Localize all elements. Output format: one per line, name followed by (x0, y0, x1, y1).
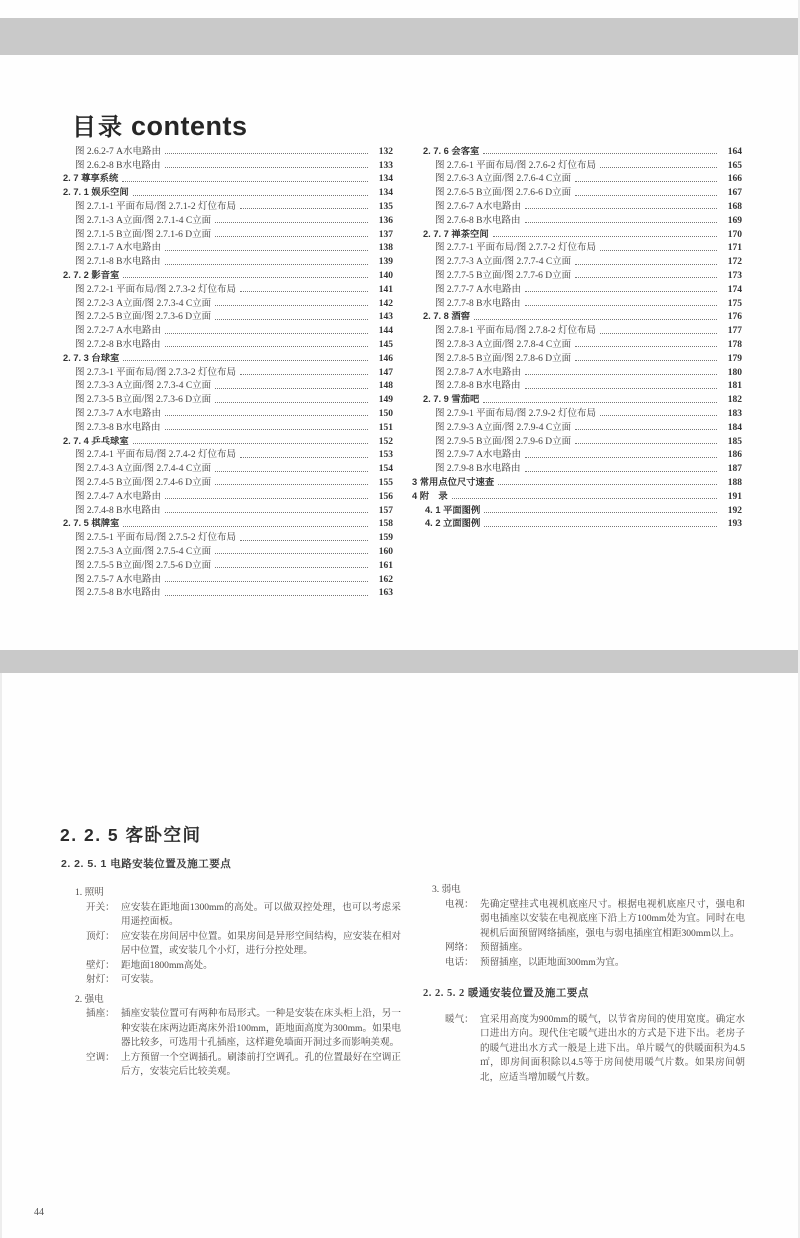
toc-leader-dots (452, 498, 717, 499)
toc-entry-label: 图 2.7.6-7 A水电路由 (435, 198, 521, 212)
article-item-label: 壁灯： (86, 959, 121, 974)
toc-entry: 图 2.7.3-1 平面布局/图 2.7.3-2 灯位布局147 (75, 364, 393, 378)
toc-entry-label: 图 2.7.1-7 A水电路由 (75, 239, 161, 253)
toc-entry-page: 192 (720, 506, 742, 516)
page-number: 44 (34, 1207, 44, 1218)
toc-entry-page: 142 (371, 299, 393, 309)
toc-leader-dots (165, 250, 368, 251)
toc-entry-page: 158 (371, 519, 393, 529)
toc-entry-label: 图 2.7.2-8 B水电路由 (75, 336, 161, 350)
toc-entry: 2. 7. 2 影音室140 (63, 267, 393, 281)
toc-entry-label: 图 2.7.3-3 A立面/图 2.7.3-4 C立面 (75, 377, 211, 391)
toc-leader-dots (525, 457, 717, 458)
toc-entry-label: 图 2.7.5-8 B水电路由 (75, 584, 161, 598)
article-item-label: 开关： (86, 901, 121, 930)
toc-entry: 图 2.7.4-3 A立面/图 2.7.4-4 C立面154 (75, 460, 393, 474)
toc-entry: 图 2.7.9-1 平面布局/图 2.7.9-2 灯位布局183 (435, 405, 742, 419)
toc-entry-page: 167 (720, 188, 742, 198)
toc-entry: 2. 7. 4 乒乓球室152 (63, 433, 393, 447)
toc-entry: 图 2.7.8-5 B立面/图 2.7.8-6 D立面179 (435, 350, 742, 364)
article-item: 顶灯：应安装在房间居中位置。如果房间是异形空间结构，应安装在相对居中位置，或安装… (86, 930, 401, 959)
toc-leader-dots (575, 181, 717, 182)
toc-entry-label: 图 2.7.2-5 B立面/图 2.7.3-6 D立面 (75, 308, 211, 322)
scanned-book-spread: 目录contents 图 2.6.2-7 A水电路由132图 2.6.2-8 B… (0, 0, 800, 1238)
article-column-right: 3. 弱电电视：先确定壁挂式电视机底座尺寸。根据电视机底座尺寸，强电和弱电插座以… (423, 883, 745, 1085)
article-item-text: 插座安装位置可有两种布局形式。一种是安装在床头柜上沿，另一种安装在床两边距离床外… (121, 1007, 401, 1051)
toc-entry: 图 2.7.2-3 A立面/图 2.7.3-4 C立面142 (75, 295, 393, 309)
toc-entry-page: 176 (720, 312, 742, 322)
toc-entry: 图 2.6.2-7 A水电路由132 (75, 143, 393, 157)
toc-entry-label: 2. 7. 4 乒乓球室 (63, 433, 129, 447)
toc-entry-label: 2. 7. 7 禅茶空间 (423, 226, 489, 240)
article-item-label: 电视： (445, 898, 480, 942)
article-group-title: 1. 照明 (75, 886, 401, 901)
toc-entry-page: 171 (720, 243, 742, 253)
toc-entry-page: 162 (371, 575, 393, 585)
toc-entry: 图 2.7.1-3 A立面/图 2.7.1-4 C立面136 (75, 212, 393, 226)
article-item: 壁灯：距地面1800mm高处。 (86, 959, 401, 974)
toc-entry: 图 2.7.5-1 平面布局/图 2.7.5-2 灯位布局159 (75, 529, 393, 543)
toc-entry-label: 图 2.7.6-5 B立面/图 2.7.6-6 D立面 (435, 184, 571, 198)
toc-entry-page: 187 (720, 464, 742, 474)
toc-leader-dots (165, 498, 368, 499)
toc-leader-dots (215, 402, 368, 403)
toc-entry: 图 2.7.6-8 B水电路由169 (435, 212, 742, 226)
toc-leader-dots (575, 277, 717, 278)
toc-entry-label: 图 2.7.3-7 A水电路由 (75, 405, 161, 419)
toc-leader-dots (525, 305, 717, 306)
toc-entry-page: 135 (371, 202, 393, 212)
toc-entry: 图 2.7.7-8 B水电路由175 (435, 295, 742, 309)
toc-entry-page: 193 (720, 519, 742, 529)
toc-title-zh: 目录 (72, 114, 124, 141)
article-group-title: 2. 强电 (75, 993, 401, 1008)
toc-entry-label: 图 2.7.9-3 A立面/图 2.7.9-4 C立面 (435, 419, 571, 433)
toc-leader-dots (133, 195, 368, 196)
toc-entry-page: 165 (720, 161, 742, 171)
toc-leader-dots (575, 360, 717, 361)
toc-entry: 图 2.7.2-5 B立面/图 2.7.3-6 D立面143 (75, 309, 393, 323)
toc-entry: 图 2.7.8-1 平面布局/图 2.7.8-2 灯位布局177 (435, 322, 742, 336)
toc-entry-label: 2. 7 尊享系统 (63, 170, 118, 184)
toc-entry-page: 185 (720, 437, 742, 447)
toc-leader-dots (215, 236, 368, 237)
article-item: 开关：应安装在距地面1300mm的高处。可以做双控处理，也可以考虑采用遥控面板。 (86, 901, 401, 930)
toc-entry: 图 2.7.7-3 A立面/图 2.7.7-4 C立面172 (435, 253, 742, 267)
toc-entry-label: 图 2.7.8-8 B水电路由 (435, 377, 521, 391)
toc-entry-page: 183 (720, 409, 742, 419)
toc-entry-page: 137 (371, 230, 393, 240)
toc-entry: 图 2.7.5-7 A水电路由162 (75, 571, 393, 585)
article-item-label: 电话： (445, 956, 480, 971)
toc-entry-page: 133 (371, 161, 393, 171)
toc-leader-dots (600, 250, 717, 251)
article-item-text: 上方预留一个空调插孔。刷漆前打空调孔。孔的位置最好在空调正后方，安装完后比较美观… (121, 1051, 401, 1080)
toc-entry-page: 140 (371, 271, 393, 281)
toc-entry-label: 图 2.7.2-3 A立面/图 2.7.3-4 C立面 (75, 295, 211, 309)
toc-entry-label: 图 2.7.1-1 平面布局/图 2.7.1-2 灯位布局 (75, 198, 236, 212)
toc-entry-page: 173 (720, 271, 742, 281)
toc-leader-dots (483, 153, 717, 154)
toc-entry: 图 2.7.6-1 平面布局/图 2.7.6-2 灯位布局165 (435, 157, 742, 171)
toc-entry-page: 172 (720, 257, 742, 267)
toc-entry-label: 图 2.7.2-7 A水电路由 (75, 322, 161, 336)
toc-entry: 2. 7 尊享系统134 (63, 171, 393, 185)
toc-entry: 图 2.7.8-7 A水电路由180 (435, 364, 742, 378)
article-right-groups: 3. 弱电电视：先确定壁挂式电视机底座尺寸。根据电视机底座尺寸，强电和弱电插座以… (423, 883, 745, 970)
toc-entry-page: 134 (371, 174, 393, 184)
toc-entry-page: 170 (720, 230, 742, 240)
article-column-left: 1. 照明开关：应安装在距地面1300mm的高处。可以做双控处理，也可以考虑采用… (75, 886, 401, 1080)
toc-entry-label: 图 2.7.3-8 B水电路由 (75, 419, 161, 433)
toc-leader-dots (525, 208, 717, 209)
toc-entry: 图 2.7.7-5 B立面/图 2.7.7-6 D立面173 (435, 267, 742, 281)
toc-column-left: 图 2.6.2-7 A水电路由132图 2.6.2-8 B水电路由1332. 7… (52, 143, 393, 598)
toc-entry-label: 2. 7. 9 雪茄吧 (423, 391, 479, 405)
toc-entry-label: 2. 7. 1 娱乐空间 (63, 184, 129, 198)
article-item-label: 射灯： (86, 973, 121, 988)
toc-leader-dots (600, 333, 717, 334)
toc-leader-dots (525, 471, 717, 472)
toc-entry-label: 图 2.7.1-8 B水电路由 (75, 253, 161, 267)
toc-leader-dots (575, 264, 717, 265)
toc-entry-page: 175 (720, 299, 742, 309)
toc-entry-page: 155 (371, 478, 393, 488)
toc-entry: 2. 7. 5 棋牌室158 (63, 516, 393, 530)
toc-entry-page: 134 (371, 188, 393, 198)
toc-entry-page: 169 (720, 216, 742, 226)
toc-entry-page: 181 (720, 381, 742, 391)
toc-entry-page: 151 (371, 423, 393, 433)
toc-entry: 图 2.7.9-7 A水电路由186 (435, 447, 742, 461)
toc-entry: 2. 7. 9 雪茄吧182 (423, 391, 742, 405)
toc-leader-dots (600, 415, 717, 416)
toc-entry-page: 148 (371, 381, 393, 391)
toc-entry-page: 156 (371, 492, 393, 502)
toc-entry: 图 2.7.9-5 B立面/图 2.7.9-6 D立面185 (435, 433, 742, 447)
toc-entry-page: 166 (720, 174, 742, 184)
toc-leader-dots (525, 374, 717, 375)
toc-entry-page: 191 (720, 492, 742, 502)
toc-leader-dots (215, 305, 368, 306)
toc-entry: 2. 7. 7 禅茶空间170 (423, 226, 742, 240)
toc-leader-dots (165, 595, 368, 596)
toc-entry-label: 图 2.7.8-1 平面布局/图 2.7.8-2 灯位布局 (435, 322, 596, 336)
toc-entry: 图 2.7.6-5 B立面/图 2.7.6-6 D立面167 (435, 184, 742, 198)
article-group: 暖气：宜采用高度为900mm的暖气，以节省房间的使用宽度。确定水口进出方向。现代… (423, 1013, 745, 1086)
toc-leader-dots (474, 319, 717, 320)
toc-entry: 图 2.7.9-3 A立面/图 2.7.9-4 C立面184 (435, 419, 742, 433)
toc-leader-dots (240, 457, 368, 458)
toc-entry: 2. 7. 3 台球室146 (63, 350, 393, 364)
toc-entry-page: 141 (371, 285, 393, 295)
toc-entry-label: 图 2.7.8-7 A水电路由 (435, 364, 521, 378)
toc-entry-label: 图 2.7.1-3 A立面/图 2.7.1-4 C立面 (75, 212, 211, 226)
toc-entry-page: 174 (720, 285, 742, 295)
toc-entry-label: 图 2.6.2-8 B水电路由 (75, 157, 161, 171)
toc-entry: 图 2.7.1-8 B水电路由139 (75, 253, 393, 267)
toc-entry-page: 152 (371, 437, 393, 447)
toc-entry: 图 2.7.5-5 B立面/图 2.7.5-6 D立面161 (75, 557, 393, 571)
toc-entry-label: 2. 7. 8 酒窖 (423, 308, 470, 322)
toc-entry-label: 3 常用点位尺寸速查 (412, 474, 494, 488)
toc-entry-page: 177 (720, 326, 742, 336)
toc-entry-page: 146 (371, 354, 393, 364)
toc-entry-label: 图 2.7.7-1 平面布局/图 2.7.7-2 灯位布局 (435, 239, 596, 253)
article-item-label: 空调： (86, 1051, 121, 1080)
article-item-text: 预留插座。 (480, 941, 745, 956)
top-separator-band (0, 18, 800, 55)
toc-entry-label: 图 2.7.7-8 B水电路由 (435, 295, 521, 309)
toc-entry-label: 图 2.7.6-3 A立面/图 2.7.6-4 C立面 (435, 170, 571, 184)
toc-leader-dots (240, 374, 368, 375)
toc-entry: 图 2.7.1-1 平面布局/图 2.7.1-2 灯位布局135 (75, 198, 393, 212)
toc-entry: 图 2.6.2-8 B水电路由133 (75, 157, 393, 171)
toc-entry-label: 4. 2 立面图例 (425, 515, 480, 529)
toc-entry: 2. 7. 6 会客室164 (423, 143, 742, 157)
toc-leader-dots (240, 540, 368, 541)
toc-entry-page: 150 (371, 409, 393, 419)
toc-entry-page: 184 (720, 423, 742, 433)
article-item: 电话：预留插座，以距地面300mm为宜。 (445, 956, 745, 971)
toc-entry: 图 2.7.2-8 B水电路由145 (75, 336, 393, 350)
toc-entry: 图 2.7.4-8 B水电路由157 (75, 502, 393, 516)
toc-entry-label: 图 2.7.4-8 B水电路由 (75, 502, 161, 516)
toc-leader-dots (215, 319, 368, 320)
article-item-text: 先确定壁挂式电视机底座尺寸。根据电视机底座尺寸，强电和弱电插座以安装在电视底座下… (480, 898, 745, 942)
toc-entry-page: 178 (720, 340, 742, 350)
toc-entry-label: 图 2.7.7-5 B立面/图 2.7.7-6 D立面 (435, 267, 571, 281)
toc-entry: 图 2.7.5-8 B水电路由163 (75, 585, 393, 599)
toc-leader-dots (215, 222, 368, 223)
toc-entry-label: 2. 7. 2 影音室 (63, 267, 119, 281)
toc-title-en: contents (131, 111, 248, 141)
toc-entry: 图 2.7.3-8 B水电路由151 (75, 419, 393, 433)
toc-entry-label: 图 2.7.2-1 平面布局/图 2.7.3-2 灯位布局 (75, 281, 236, 295)
toc-leader-dots (215, 567, 368, 568)
toc-entry-label: 图 2.6.2-7 A水电路由 (75, 143, 161, 157)
toc-leader-dots (165, 333, 368, 334)
toc-entry-label: 图 2.7.9-5 B立面/图 2.7.9-6 D立面 (435, 433, 571, 447)
toc-column-right: 2. 7. 6 会客室164图 2.7.6-1 平面布局/图 2.7.6-2 灯… (412, 143, 742, 529)
toc-leader-dots (525, 388, 717, 389)
toc-leader-dots (484, 512, 717, 513)
toc-entry: 图 2.7.3-5 B立面/图 2.7.3-6 D立面149 (75, 391, 393, 405)
toc-entry-label: 图 2.7.4-3 A立面/图 2.7.4-4 C立面 (75, 460, 211, 474)
toc-leader-dots (600, 167, 717, 168)
article-item: 空调：上方预留一个空调插孔。刷漆前打空调孔。孔的位置最好在空调正后方，安装完后比… (86, 1051, 401, 1080)
article-item-text: 距地面1800mm高处。 (121, 959, 401, 974)
toc-entry-label: 图 2.7.5-7 A水电路由 (75, 571, 161, 585)
toc-entry-page: 145 (371, 340, 393, 350)
article-item: 暖气：宜采用高度为900mm的暖气，以节省房间的使用宽度。确定水口进出方向。现代… (445, 1013, 745, 1086)
toc-entry-page: 136 (371, 216, 393, 226)
toc-entry-page: 188 (720, 478, 742, 488)
page-left-edge (0, 673, 2, 1238)
toc-entry-label: 图 2.7.4-1 平面布局/图 2.7.4-2 灯位布局 (75, 446, 236, 460)
article-right-groups-2: 暖气：宜采用高度为900mm的暖气，以节省房间的使用宽度。确定水口进出方向。现代… (423, 1013, 745, 1086)
toc-leader-dots (240, 208, 368, 209)
toc-leader-dots (498, 484, 717, 485)
toc-entry: 图 2.7.4-1 平面布局/图 2.7.4-2 灯位布局153 (75, 447, 393, 461)
toc-entry-page: 164 (720, 147, 742, 157)
toc-leader-dots (525, 291, 717, 292)
toc-entry-page: 139 (371, 257, 393, 267)
toc-leader-dots (133, 443, 368, 444)
toc-entry-label: 图 2.7.5-3 A立面/图 2.7.5-4 C立面 (75, 543, 211, 557)
toc-leader-dots (123, 526, 368, 527)
toc-leader-dots (240, 291, 368, 292)
toc-entry-page: 168 (720, 202, 742, 212)
toc-entry-label: 图 2.7.8-5 B立面/图 2.7.8-6 D立面 (435, 350, 571, 364)
toc-entry-label: 图 2.7.7-3 A立面/图 2.7.7-4 C立面 (435, 253, 571, 267)
toc-leader-dots (123, 277, 368, 278)
toc-entry: 图 2.7.3-3 A立面/图 2.7.3-4 C立面148 (75, 378, 393, 392)
toc-entry: 4 附 录191 (412, 488, 742, 502)
toc-entry-page: 159 (371, 533, 393, 543)
toc-entry: 4. 1 平面图例192 (425, 502, 742, 516)
toc-entry: 2. 7. 1 娱乐空间134 (63, 184, 393, 198)
toc-entry: 图 2.7.1-7 A水电路由138 (75, 240, 393, 254)
article-item-label: 顶灯： (86, 930, 121, 959)
article-group-title: 3. 弱电 (432, 883, 745, 898)
page-separator-band (0, 650, 800, 673)
toc-entry-page: 180 (720, 368, 742, 378)
subsection-heading-1: 2. 2. 5. 1 电路安装位置及施工要点 (61, 856, 231, 871)
toc-entry-label: 图 2.7.5-1 平面布局/图 2.7.5-2 灯位布局 (75, 529, 236, 543)
toc-entry-label: 4 附 录 (412, 488, 448, 502)
toc-entry-page: 160 (371, 547, 393, 557)
article-group: 2. 强电插座：插座安装位置可有两种布局形式。一种是安装在床头柜上沿，另一种安装… (75, 993, 401, 1080)
toc-entry: 图 2.7.2-7 A水电路由144 (75, 322, 393, 336)
section-heading: 2. 2. 5 客卧空间 (60, 822, 202, 847)
toc-entry-label: 图 2.7.8-3 A立面/图 2.7.8-4 C立面 (435, 336, 571, 350)
toc-leader-dots (122, 181, 368, 182)
toc-entry: 图 2.7.3-7 A水电路由150 (75, 405, 393, 419)
toc-entry-label: 2. 7. 5 棋牌室 (63, 515, 119, 529)
toc-entry-page: 179 (720, 354, 742, 364)
toc-leader-dots (575, 346, 717, 347)
toc-entry-label: 图 2.7.6-8 B水电路由 (435, 212, 521, 226)
toc-leader-dots (484, 526, 717, 527)
toc-entry-label: 图 2.7.1-5 B立面/图 2.7.1-6 D立面 (75, 226, 211, 240)
toc-leader-dots (165, 512, 368, 513)
toc-leader-dots (165, 346, 368, 347)
toc-entry-page: 138 (371, 243, 393, 253)
toc-leader-dots (215, 484, 368, 485)
toc-entry-label: 4. 1 平面图例 (425, 502, 480, 516)
article-item-text: 可安装。 (121, 973, 401, 988)
article-item-text: 应安装在距地面1300mm的高处。可以做双控处理，也可以考虑采用遥控面板。 (121, 901, 401, 930)
toc-leader-dots (165, 415, 368, 416)
toc-entry-page: 182 (720, 395, 742, 405)
toc-entry: 图 2.7.4-7 A水电路由156 (75, 488, 393, 502)
toc-entry-page: 154 (371, 464, 393, 474)
toc-entry-label: 图 2.7.3-5 B立面/图 2.7.3-6 D立面 (75, 391, 211, 405)
toc-entry: 图 2.7.7-7 A水电路由174 (435, 281, 742, 295)
toc-entry: 图 2.7.4-5 B立面/图 2.7.4-6 D立面155 (75, 474, 393, 488)
article-item: 网络：预留插座。 (445, 941, 745, 956)
toc-leader-dots (575, 443, 717, 444)
toc-entry: 3 常用点位尺寸速查188 (412, 474, 742, 488)
article-item-text: 应安装在房间居中位置。如果房间是异形空间结构，应安装在相对居中位置，或安装几个小… (121, 930, 401, 959)
toc-entry: 图 2.7.9-8 B水电路由187 (435, 460, 742, 474)
toc-leader-dots (123, 360, 368, 361)
toc-entry-label: 图 2.7.6-1 平面布局/图 2.7.6-2 灯位布局 (435, 157, 596, 171)
article-item-text: 预留插座，以距地面300mm为宜。 (480, 956, 745, 971)
toc-entry-page: 144 (371, 326, 393, 336)
toc-leader-dots (165, 153, 368, 154)
toc-leader-dots (165, 167, 368, 168)
toc-entry-page: 153 (371, 450, 393, 460)
article-item: 射灯：可安装。 (86, 973, 401, 988)
toc-entry-label: 图 2.7.5-5 B立面/图 2.7.5-6 D立面 (75, 557, 211, 571)
toc-entry-page: 147 (371, 368, 393, 378)
toc-entry: 图 2.7.2-1 平面布局/图 2.7.3-2 灯位布局141 (75, 281, 393, 295)
toc-entry: 图 2.7.8-8 B水电路由181 (435, 378, 742, 392)
toc-leader-dots (215, 471, 368, 472)
article-item: 插座：插座安装位置可有两种布局形式。一种是安装在床头柜上沿，另一种安装在床两边距… (86, 1007, 401, 1051)
toc-leader-dots (165, 581, 368, 582)
toc-entry-label: 图 2.7.9-8 B水电路由 (435, 460, 521, 474)
toc-entry-label: 图 2.7.4-7 A水电路由 (75, 488, 161, 502)
toc-leader-dots (493, 236, 717, 237)
article-item-label: 插座： (86, 1007, 121, 1051)
toc-leader-dots (575, 429, 717, 430)
toc-entry-page: 186 (720, 450, 742, 460)
toc-entry-label: 图 2.7.3-1 平面布局/图 2.7.3-2 灯位布局 (75, 364, 236, 378)
toc-title: 目录contents (72, 106, 248, 143)
toc-entry-page: 149 (371, 395, 393, 405)
toc-entry-page: 163 (371, 588, 393, 598)
toc-leader-dots (165, 429, 368, 430)
toc-entry: 2. 7. 8 酒窖176 (423, 309, 742, 323)
toc-entry-page: 143 (371, 312, 393, 322)
toc-entry: 图 2.7.5-3 A立面/图 2.7.5-4 C立面160 (75, 543, 393, 557)
toc-leader-dots (575, 195, 717, 196)
toc-entry: 图 2.7.8-3 A立面/图 2.7.8-4 C立面178 (435, 336, 742, 350)
toc-entry: 图 2.7.6-3 A立面/图 2.7.6-4 C立面166 (435, 171, 742, 185)
subsection-heading-2: 2. 2. 5. 2 暖通安装位置及施工要点 (423, 987, 745, 1002)
toc-entry-label: 图 2.7.9-7 A水电路由 (435, 446, 521, 460)
toc-entry-page: 132 (371, 147, 393, 157)
toc-entry-label: 图 2.7.9-1 平面布局/图 2.7.9-2 灯位布局 (435, 405, 596, 419)
toc-leader-dots (483, 402, 717, 403)
article-item-label: 暖气： (445, 1013, 480, 1086)
toc-leader-dots (215, 553, 368, 554)
article-item-text: 宜采用高度为900mm的暖气，以节省房间的使用宽度。确定水口进出方向。现代住宅暖… (480, 1013, 745, 1086)
toc-entry: 图 2.7.1-5 B立面/图 2.7.1-6 D立面137 (75, 226, 393, 240)
toc-entry: 图 2.7.7-1 平面布局/图 2.7.7-2 灯位布局171 (435, 240, 742, 254)
toc-entry: 图 2.7.6-7 A水电路由168 (435, 198, 742, 212)
article-group: 3. 弱电电视：先确定壁挂式电视机底座尺寸。根据电视机底座尺寸，强电和弱电插座以… (423, 883, 745, 970)
toc-entry-label: 图 2.7.4-5 B立面/图 2.7.4-6 D立面 (75, 474, 211, 488)
toc-leader-dots (525, 222, 717, 223)
toc-entry-page: 161 (371, 561, 393, 571)
toc-entry-label: 2. 7. 3 台球室 (63, 350, 119, 364)
article-item-label: 网络： (445, 941, 480, 956)
toc-entry-label: 图 2.7.7-7 A水电路由 (435, 281, 521, 295)
toc-leader-dots (165, 264, 368, 265)
toc-entry-page: 157 (371, 506, 393, 516)
article-group: 1. 照明开关：应安装在距地面1300mm的高处。可以做双控处理，也可以考虑采用… (75, 886, 401, 988)
article-item: 电视：先确定壁挂式电视机底座尺寸。根据电视机底座尺寸，强电和弱电插座以安装在电视… (445, 898, 745, 942)
toc-leader-dots (215, 388, 368, 389)
toc-entry-label: 2. 7. 6 会客室 (423, 143, 479, 157)
toc-entry: 4. 2 立面图例193 (425, 516, 742, 530)
